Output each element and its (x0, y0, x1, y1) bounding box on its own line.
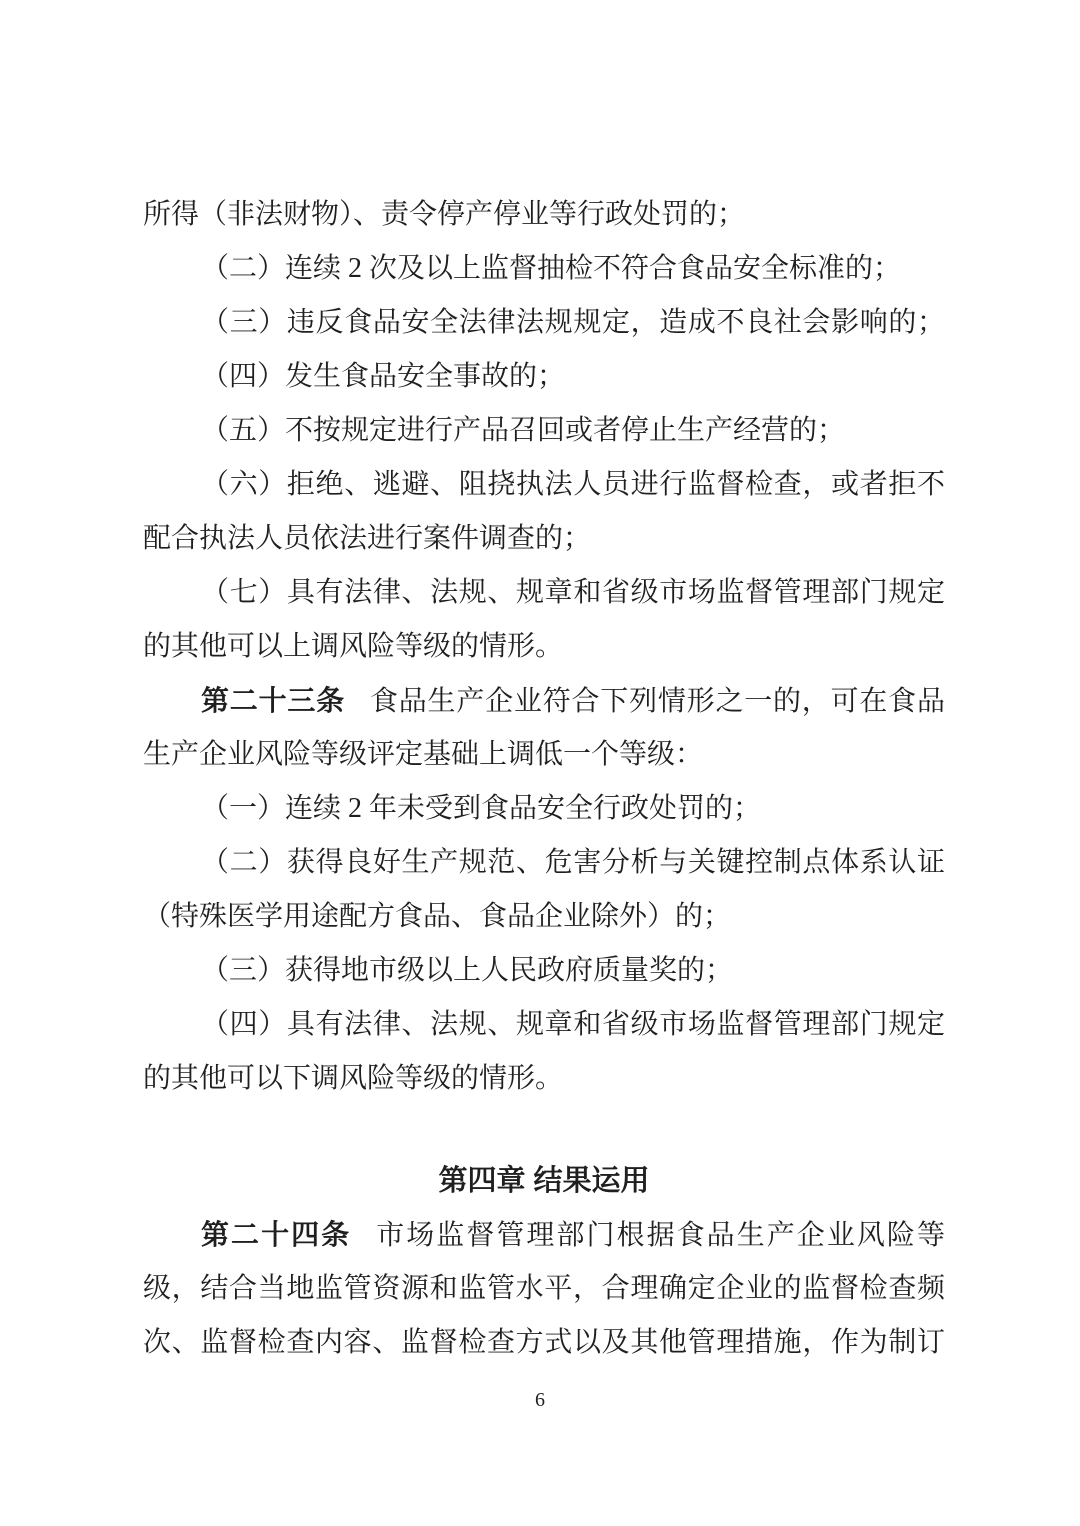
article-number: 第二十三条 (201, 685, 345, 716)
text-line: （一）连续 2 年未受到食品安全行政处罚的； (143, 782, 945, 836)
text-line: （四）发生食品安全事故的； (143, 350, 945, 404)
text-line: 次、监督检查内容、监督检查方式以及其他管理措施，作为制订 (143, 1316, 945, 1370)
line-text: 的其他可以上调风险等级的情形。 (143, 631, 563, 662)
text-line: （特殊医学用途配方食品、食品企业除外）的； (143, 890, 945, 944)
text-line: 所得（非法财物）、责令停产停业等行政处罚的； (143, 188, 945, 242)
line-text: 生产企业风险等级评定基础上调低一个等级： (143, 739, 703, 770)
line-text: 第四章 结果运用 (438, 1165, 649, 1197)
line-text: 的其他可以下调风险等级的情形。 (143, 1063, 563, 1094)
text-line: （四）具有法律、法规、规章和省级市场监督管理部门规定 (143, 998, 945, 1052)
line-text: （七）具有法律、法规、规章和省级市场监督管理部门规定 (201, 577, 945, 608)
text-line: （六）拒绝、逃避、阻挠执法人员进行监督检查，或者拒不 (143, 458, 945, 512)
article-number: 第二十四条 (201, 1219, 351, 1250)
text-line: 配合执法人员依法进行案件调查的； (143, 512, 945, 566)
text-line: （三）获得地市级以上人民政府质量奖的； (143, 944, 945, 998)
text-line: （三）违反食品安全法律法规规定，造成不良社会影响的； (143, 296, 945, 350)
text-line: 级，结合当地监管资源和监管水平，合理确定企业的监督检查频 (143, 1262, 945, 1316)
line-text: （二）获得良好生产规范、危害分析与关键控制点体系认证 (201, 847, 945, 878)
text-line: 第二十四条市场监督管理部门根据食品生产企业风险等 (143, 1208, 945, 1262)
line-text: 配合执法人员依法进行案件调查的； (143, 523, 591, 554)
text-line: 第二十三条食品生产企业符合下列情形之一的，可在食品 (143, 674, 945, 728)
document-page: 所得（非法财物）、责令停产停业等行政处罚的；（二）连续 2 次及以上监督抽检不符… (0, 0, 1080, 1526)
line-text: 食品生产企业符合下列情形之一的，可在食品 (370, 686, 945, 717)
text-line: （二）连续 2 次及以上监督抽检不符合食品安全标准的； (143, 242, 945, 296)
blank-line (143, 1106, 945, 1154)
chapter-heading: 第四章 结果运用 (143, 1154, 945, 1208)
text-line: 的其他可以下调风险等级的情形。 (143, 1052, 945, 1106)
text-line: （二）获得良好生产规范、危害分析与关键控制点体系认证 (143, 836, 945, 890)
text-line: （七）具有法律、法规、规章和省级市场监督管理部门规定 (143, 566, 945, 620)
line-text: 次、监督检查内容、监督检查方式以及其他管理措施，作为制订 (143, 1327, 945, 1358)
line-text: 市场监督管理部门根据食品生产企业风险等 (376, 1220, 945, 1251)
line-text: （三）违反食品安全法律法规规定，造成不良社会影响的； (201, 307, 945, 338)
line-text: （二）连续 2 次及以上监督抽检不符合食品安全标准的； (201, 253, 901, 284)
line-text: （四）发生食品安全事故的； (201, 361, 565, 392)
document-text: 所得（非法财物）、责令停产停业等行政处罚的；（二）连续 2 次及以上监督抽检不符… (143, 188, 945, 1370)
line-text: （一）连续 2 年未受到食品安全行政处罚的； (201, 793, 761, 824)
text-line: 的其他可以上调风险等级的情形。 (143, 620, 945, 674)
text-line: 生产企业风险等级评定基础上调低一个等级： (143, 728, 945, 782)
line-text: 级，结合当地监管资源和监管水平，合理确定企业的监督检查频 (143, 1273, 945, 1304)
line-text: （特殊医学用途配方食品、食品企业除外）的； (143, 901, 731, 932)
line-text: 所得（非法财物）、责令停产停业等行政处罚的； (143, 199, 745, 230)
line-text: （六）拒绝、逃避、阻挠执法人员进行监督检查，或者拒不 (201, 469, 945, 500)
text-line: （五）不按规定进行产品召回或者停止生产经营的； (143, 404, 945, 458)
line-text: （五）不按规定进行产品召回或者停止生产经营的； (201, 415, 845, 446)
line-text: （三）获得地市级以上人民政府质量奖的； (201, 955, 733, 986)
line-text: （四）具有法律、法规、规章和省级市场监督管理部门规定 (201, 1009, 945, 1040)
page-number: 6 (0, 1387, 1080, 1413)
